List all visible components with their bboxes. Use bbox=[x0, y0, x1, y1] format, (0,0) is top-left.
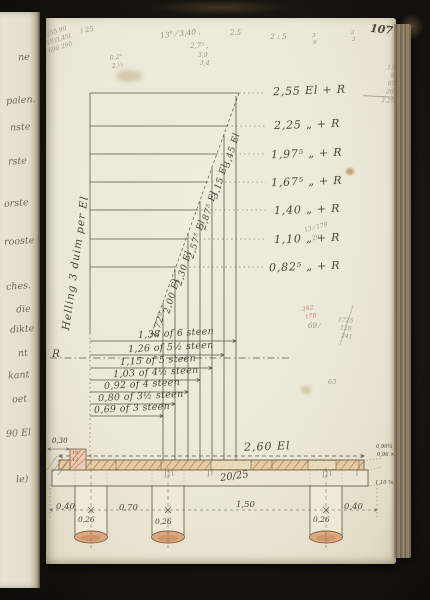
margin-fragment: die bbox=[16, 303, 31, 315]
pencil-calculation: 3 bbox=[312, 33, 316, 39]
pile-diameter-label: 0,26 bbox=[78, 515, 95, 524]
deck-right-note: 1,10 ⅝ bbox=[375, 480, 393, 486]
scale-label: 1,40 „ + R bbox=[274, 202, 341, 217]
book-corner-worn bbox=[398, 14, 424, 40]
manuscript-page: 107 2,55 El + R 2,25 „ + R 1,97⁵ „ + R 1… bbox=[46, 18, 396, 564]
pile-span-label: 0,40 bbox=[56, 502, 75, 512]
margin-fragment: nt bbox=[18, 348, 29, 360]
pile-span-label: 0,40 bbox=[344, 502, 363, 512]
pile-span-label: 1,50 bbox=[236, 500, 255, 510]
margin-fragment: ne bbox=[18, 52, 30, 64]
scale-label: 0,82⁵ „ + R bbox=[269, 259, 341, 274]
book-photograph: ne palen. nste rste orste rooste ches. d… bbox=[0, 0, 430, 600]
pile-span-label: 0,70 bbox=[119, 503, 138, 513]
pencil-calculation: 9 bbox=[313, 40, 317, 46]
pile-diameter-label: 0,26 bbox=[313, 515, 330, 524]
deck-left-offset: 0,30 bbox=[52, 437, 68, 445]
margin-fragment: palen. bbox=[6, 94, 36, 107]
datum-label: R bbox=[52, 348, 60, 360]
margin-fragment: kant bbox=[8, 369, 30, 381]
post-dim-top: 16 bbox=[72, 450, 78, 456]
page-number: 107 bbox=[369, 22, 393, 37]
pencil-calculation: 3 bbox=[352, 37, 356, 43]
pencil-calculation: 69 ⁄ bbox=[308, 322, 320, 330]
margin-fragment: rooste bbox=[4, 235, 35, 248]
pencil-calculation: 2,7⁵ , bbox=[190, 42, 208, 50]
margin-fragment: ches. bbox=[6, 280, 32, 293]
scale-label: 2,25 „ + R bbox=[274, 117, 341, 132]
pencil-calculation: 63 bbox=[328, 378, 336, 386]
pencil-calculation: 3,9 bbox=[198, 52, 208, 59]
margin-fragment: rste bbox=[8, 155, 28, 167]
slope-diagram-lines bbox=[50, 93, 290, 460]
pencil-calculation: 3,4 bbox=[200, 60, 210, 67]
margin-fragment: oet bbox=[12, 393, 28, 405]
pile-diameter-label: 0,26 bbox=[155, 517, 172, 526]
scale-label: 2,55 El + R bbox=[273, 83, 346, 99]
margin-fragment: le) bbox=[16, 474, 29, 486]
margin-fragment: dikte bbox=[10, 323, 35, 336]
scale-label: 1,97⁵ „ + R bbox=[271, 146, 343, 161]
margin-fragment: 90 El bbox=[6, 427, 32, 440]
piles-group bbox=[75, 486, 343, 543]
pencil-calculation: 2 bbox=[351, 30, 355, 36]
post-dim-bottom: 12 bbox=[72, 457, 78, 463]
margin-fragment: nste bbox=[10, 121, 31, 133]
deck-right-note: 0,96 × bbox=[377, 452, 395, 458]
book-top-worn-edge bbox=[150, 0, 290, 15]
book-page-stack-edge bbox=[394, 24, 411, 558]
deck-width-label: 2,60 El bbox=[244, 439, 291, 454]
deck-and-piles bbox=[47, 449, 382, 548]
pencil-sum-total: 3,29⁵ bbox=[363, 95, 397, 106]
pencil-calculation: 2.5 bbox=[230, 29, 241, 37]
scale-label: 1,67⁵ „ + R bbox=[271, 174, 343, 189]
pencil-calculation: 2 : 5 bbox=[270, 32, 287, 41]
margin-fragment: orste bbox=[4, 197, 29, 210]
